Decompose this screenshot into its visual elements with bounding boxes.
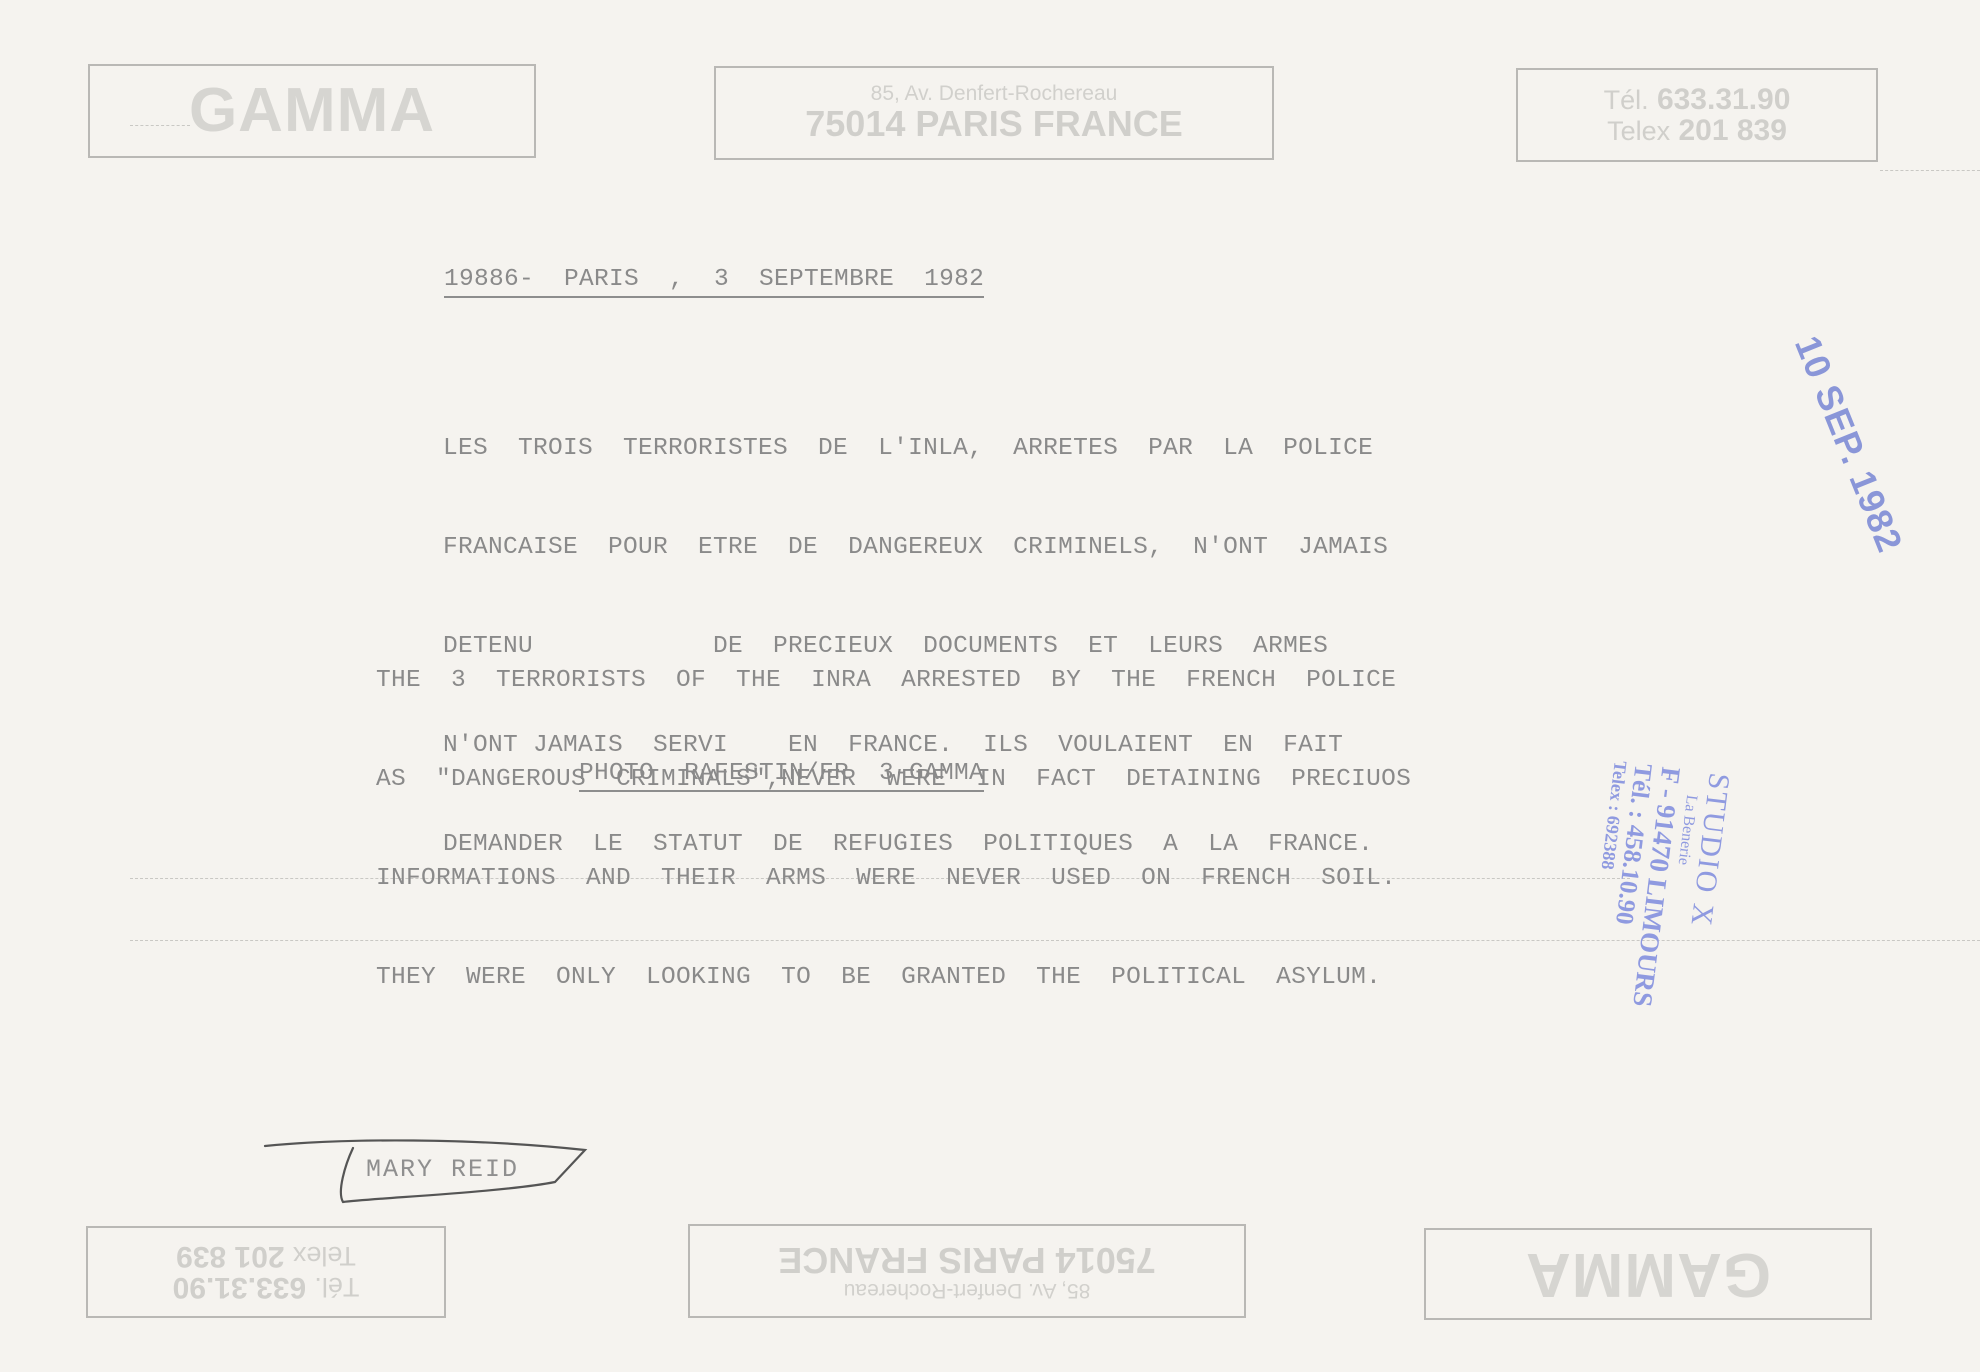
address-stamp: 85, Av. Denfert-Rochereau 75014 PARIS FR…: [714, 66, 1274, 160]
gamma-logo-inverted: GAMMA: [1525, 1241, 1771, 1306]
english-line: THEY WERE ONLY LOOKING TO BE GRANTED THE…: [376, 961, 1411, 994]
tel-line: Tél. 633.31.90: [1604, 84, 1791, 116]
gamma-logo-stamp: GAMMA: [88, 64, 536, 158]
recipient-name-label: MARY REID: [366, 1155, 519, 1184]
english-line: THE 3 TERRORISTS OF THE INRA ARRESTED BY…: [376, 664, 1411, 697]
gamma-logo-stamp-inverted: GAMMA: [1424, 1228, 1872, 1320]
studio-stamp: STUDIO X La Benerie F - 91470 LIMOURS Té…: [1581, 760, 1735, 1015]
french-line: LES TROIS TERRORISTES DE L'INLA, ARRETES…: [443, 432, 1388, 465]
english-caption: THE 3 TERRORISTS OF THE INRA ARRESTED BY…: [376, 598, 1411, 1027]
phone-stamp-inverted: Tél. 633.31.90 Telex 201 839: [86, 1226, 446, 1318]
divider-line: [130, 125, 190, 126]
address-city: 75014 PARIS FRANCE: [805, 105, 1182, 143]
address-street: 85, Av. Denfert-Rochereau: [871, 83, 1118, 105]
phone-stamp: Tél. 633.31.90 Telex 201 839: [1516, 68, 1878, 162]
address-stamp-inverted: 85, Av. Denfert-Rochereau 75014 PARIS FR…: [688, 1224, 1246, 1318]
french-line: FRANCAISE POUR ETRE DE DANGEREUX CRIMINE…: [443, 531, 1388, 564]
telex-line-inverted: Telex 201 839: [176, 1241, 356, 1273]
address-street-inverted: 85, Av. Denfert-Rochereau: [844, 1279, 1091, 1301]
english-line: INFORMATIONS AND THEIR ARMS WERE NEVER U…: [376, 862, 1411, 895]
gamma-logo: GAMMA: [189, 78, 435, 143]
date-received-stamp: 10 SEP. 1982: [1786, 330, 1911, 559]
address-city-inverted: 75014 PARIS FRANCE: [778, 1241, 1155, 1279]
caption-headline: 19886- PARIS , 3 SEPTEMBRE 1982: [444, 266, 984, 298]
divider-line: [1880, 170, 1980, 171]
telex-line: Telex 201 839: [1607, 115, 1787, 147]
photo-credit: PHOTO RAFESTIN/FR 3-GAMMA: [579, 760, 984, 792]
tel-line-inverted: Tél. 633.31.90: [173, 1272, 360, 1304]
